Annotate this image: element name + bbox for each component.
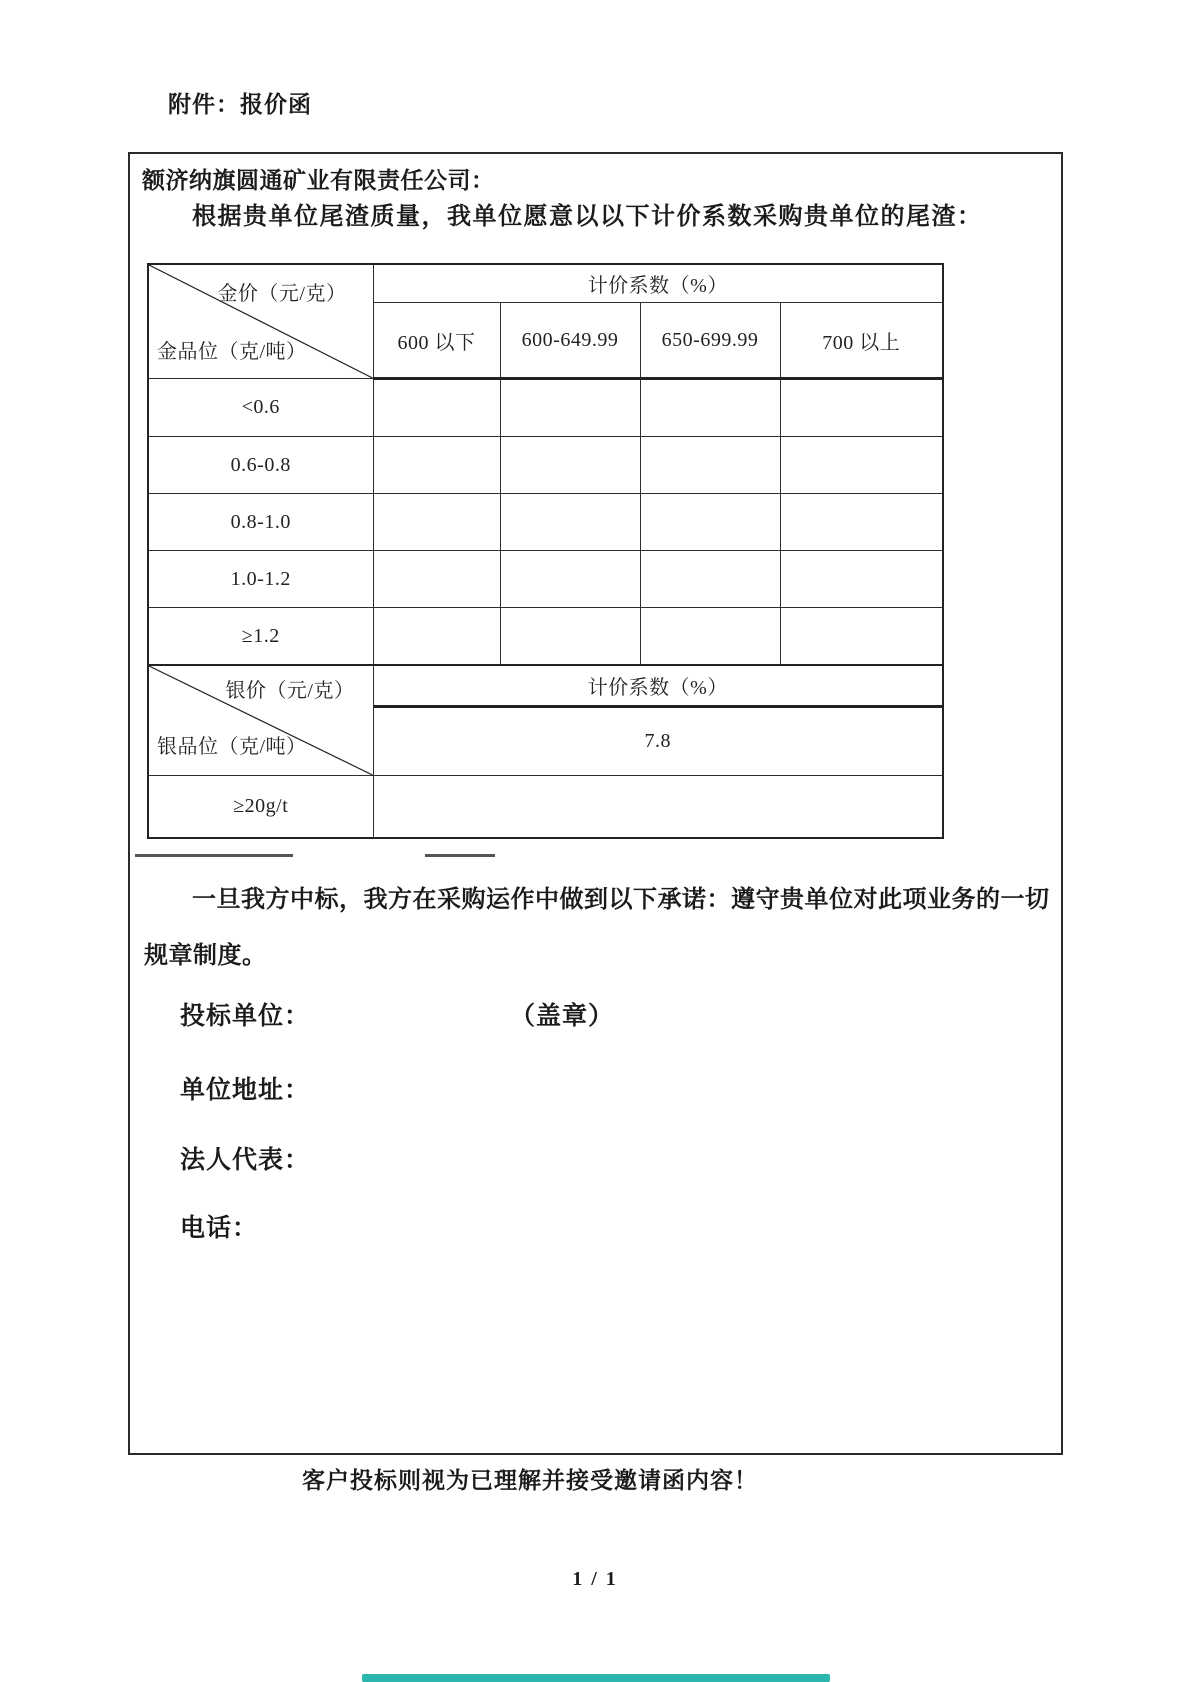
gold-price-column-header: 650-699.99 [640,303,780,379]
coefficient-value-cell [780,494,943,551]
phone-label: 电话： [180,1208,258,1244]
address-label: 单位地址： [180,1070,310,1106]
gold-grade-row-label: ≥1.2 [148,608,373,666]
gold-price-column-header: 700 以上 [780,303,943,379]
gold-price-axis-label: 金价（元/克） [217,277,346,306]
gold-price-column-header: 600 以下 [373,303,500,379]
blank-fill-line [425,854,495,857]
gold-grade-row-label: <0.6 [148,379,373,437]
legal-rep-label: 法人代表： [180,1140,310,1176]
coefficient-value-cell [640,379,780,437]
silver-grade-axis-label: 银品位（克/吨） [157,730,307,759]
coefficient-value-cell [780,379,943,437]
silver-corner-cell: 银价（元/克） 银品位（克/吨） [148,665,373,776]
coefficient-value-cell [640,551,780,608]
gold-grade-axis-label: 金品位（克/吨） [157,335,307,364]
coefficient-value-cell [780,551,943,608]
commitment-paragraph: 一旦我方中标，我方在采购运作中做到以下承诺：遵守贵单位对此项业务的一切规章制度。 [144,872,1060,984]
gold-grade-row-label: 0.6-0.8 [148,437,373,494]
gold-coefficient-header: 计价系数（%） [373,264,943,303]
seal-label: （盖章） [510,996,614,1032]
coefficient-value-cell [500,608,640,666]
coefficient-value-cell [500,379,640,437]
bidder-label: 投标单位： [180,996,310,1032]
coefficient-value-cell [640,494,780,551]
coefficient-value-cell [373,437,500,494]
coefficient-value-cell [373,551,500,608]
coefficient-value-cell [373,379,500,437]
gold-grade-row-label: 0.8-1.0 [148,494,373,551]
letter-border-box: 额济纳旗圆通矿业有限责任公司： 根据贵单位尾渣质量，我单位愿意以以下计价系数采购… [128,152,1063,1455]
footer-note: 客户投标则视为已理解并接受邀请函内容！ [0,1462,1060,1495]
page-number: 1 / 1 [0,1568,1190,1591]
silver-price-axis-label: 银价（元/克） [225,674,354,703]
silver-coefficient-value: 7.8 [373,707,943,776]
coefficient-value-cell [373,494,500,551]
coefficient-value-cell [373,608,500,666]
gold-price-column-header: 600-649.99 [500,303,640,379]
coefficient-value-cell [500,437,640,494]
silver-grade-row-label: ≥20g/t [148,776,373,839]
gold-corner-cell: 金价（元/克） 金品位（克/吨） [148,264,373,379]
silver-coefficient-header: 计价系数（%） [373,665,943,707]
coefficient-value-cell [500,551,640,608]
coefficient-value-cell [780,437,943,494]
silver-value-cell [373,776,943,839]
coefficient-value-cell [780,608,943,666]
pricing-coefficient-table: 金价（元/克） 金品位（克/吨） 计价系数（%） 600 以下 600-649.… [147,263,944,839]
document-page: 附件：报价函 额济纳旗圆通矿业有限责任公司： 根据贵单位尾渣质量，我单位愿意以以… [0,0,1190,1682]
blank-fill-line [135,854,293,857]
bottom-progress-bar [362,1674,830,1682]
coefficient-value-cell [500,494,640,551]
attachment-title: 附件：报价函 [168,86,312,119]
salutation: 额济纳旗圆通矿业有限责任公司： [142,162,495,195]
intro-paragraph: 根据贵单位尾渣质量，我单位愿意以以下计价系数采购贵单位的尾渣： [144,200,1054,234]
coefficient-value-cell [640,608,780,666]
gold-grade-row-label: 1.0-1.2 [148,551,373,608]
coefficient-value-cell [640,437,780,494]
